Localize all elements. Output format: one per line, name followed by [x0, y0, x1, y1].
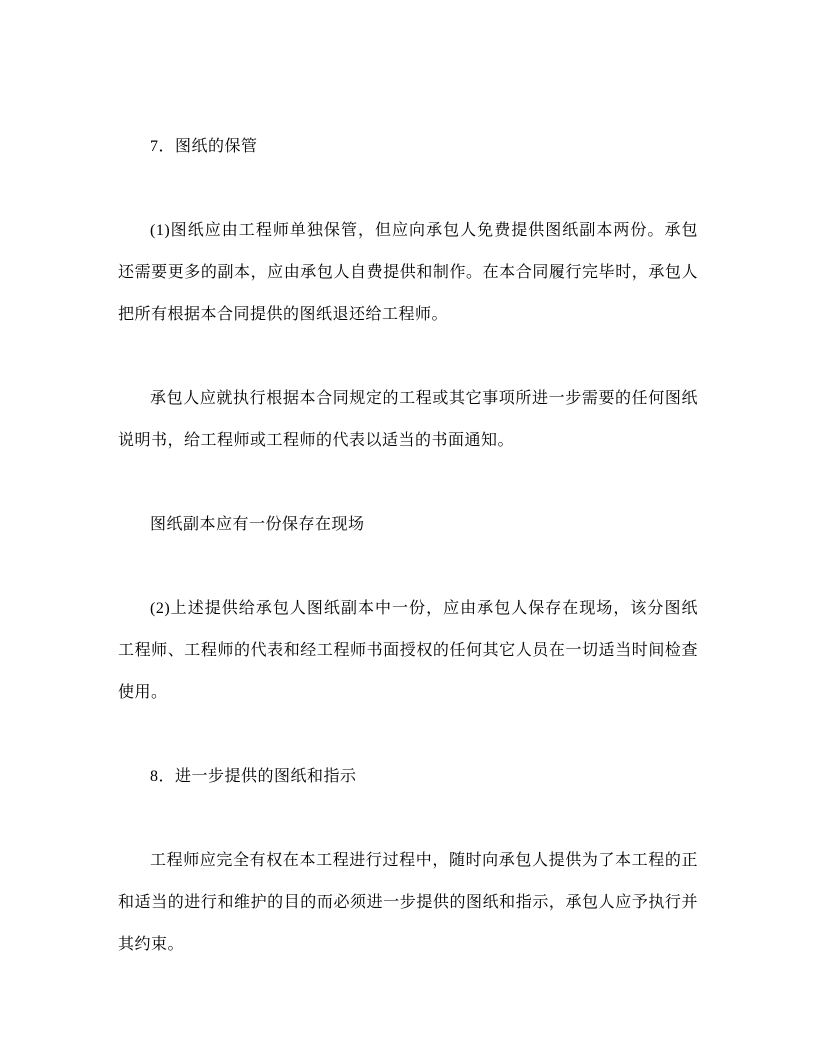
clause-8-heading: 8．进一步提供的图纸和指示: [118, 756, 698, 798]
paragraph-line: 工程师应完全有权在本工程进行过程中，随时向承包人提供为了本工程的正确: [118, 840, 698, 882]
clause-7-heading: 7．图纸的保管: [118, 126, 698, 168]
heading-text: 8．进一步提供的图纸和指示: [118, 756, 698, 798]
clause-7-paragraph-4: (2)上述提供给承包人图纸副本中一份，应由承包人保存在现场，该分图纸应供 工程师…: [118, 588, 698, 714]
paragraph-line: 还需要更多的副本，应由承包人自费提供和制作。在本合同履行完毕时，承包人应: [118, 252, 698, 294]
clause-8-paragraph-1: 工程师应完全有权在本工程进行过程中，随时向承包人提供为了本工程的正确 和适当的进…: [118, 840, 698, 966]
paragraph-line: (2)上述提供给承包人图纸副本中一份，应由承包人保存在现场，该分图纸应供: [118, 588, 698, 630]
paragraph-line: 其约束。: [118, 924, 698, 966]
paragraph-line: 使用。: [118, 672, 698, 714]
document-body: 7．图纸的保管 (1)图纸应由工程师单独保管，但应向承包人免费提供图纸副本两份。…: [118, 126, 698, 966]
paragraph-line: 承包人应就执行根据本合同规定的工程或其它事项所进一步需要的任何图纸或: [118, 378, 698, 420]
document-page: 7．图纸的保管 (1)图纸应由工程师单独保管，但应向承包人免费提供图纸副本两份。…: [0, 0, 816, 1056]
clause-7-paragraph-1: (1)图纸应由工程师单独保管，但应向承包人免费提供图纸副本两份。承包人如 还需要…: [118, 210, 698, 336]
paragraph-line: 把所有根据本合同提供的图纸退还给工程师。: [118, 294, 698, 336]
paragraph-line: 工程师、工程师的代表和经工程师书面授权的任何其它人员在一切适当时间检查和: [118, 630, 698, 672]
heading-text: 7．图纸的保管: [118, 126, 698, 168]
clause-7-paragraph-3: 图纸副本应有一份保存在现场: [118, 504, 698, 546]
paragraph-line: 和适当的进行和维护的目的而必须进一步提供的图纸和指示，承包人应予执行并受: [118, 882, 698, 924]
paragraph-line: 说明书，给工程师或工程师的代表以适当的书面通知。: [118, 420, 698, 462]
paragraph-line: (1)图纸应由工程师单独保管，但应向承包人免费提供图纸副本两份。承包人如: [118, 210, 698, 252]
paragraph-line: 图纸副本应有一份保存在现场: [118, 504, 698, 546]
clause-7-paragraph-2: 承包人应就执行根据本合同规定的工程或其它事项所进一步需要的任何图纸或 说明书，给…: [118, 378, 698, 462]
